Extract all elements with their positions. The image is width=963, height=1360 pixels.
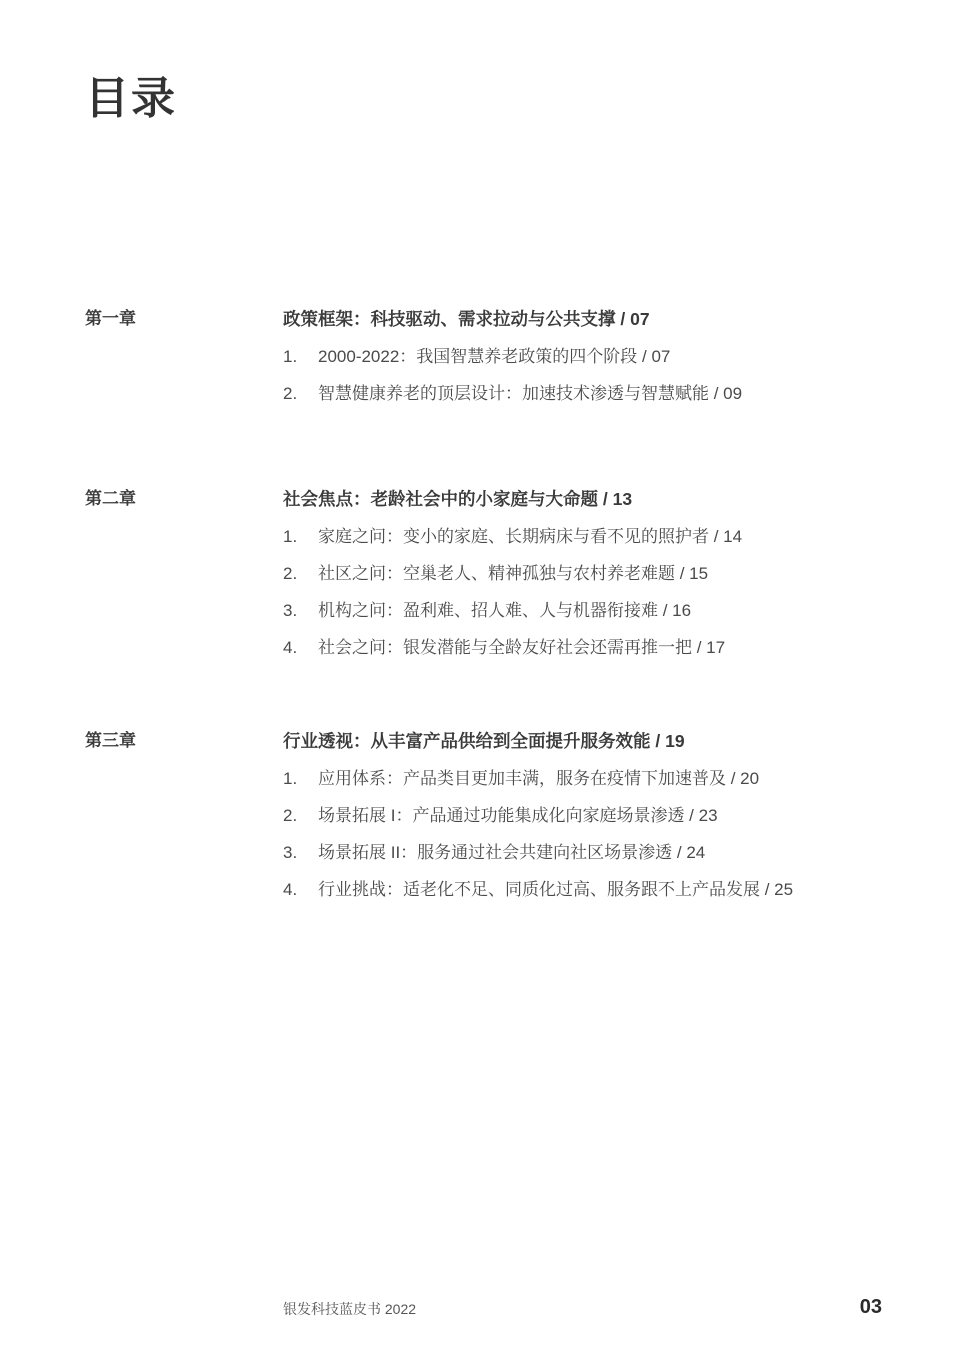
footer-document-title: 银发科技蓝皮书 2022 [283,1299,416,1319]
toc-item-text: 场景拓展 II：服务通过社会共建向社区场景渗透 / 24 [318,840,905,865]
chapter-3-title: 行业透视：从丰富产品供给到全面提升服务效能 / 19 [283,728,905,754]
toc-item-number: 4. [283,635,318,660]
toc-item-text: 场景拓展 I：产品通过功能集成化向家庭场景渗透 / 23 [318,803,905,828]
chapter-1-label: 第一章 [85,306,283,332]
chapter-2-title: 社会焦点：老龄社会中的小家庭与大命题 / 13 [283,486,905,512]
toc-item-number: 3. [283,840,318,865]
toc-item: 4. 行业挑战：适老化不足、同质化过高、服务跟不上产品发展 / 25 [283,877,905,902]
toc-item: 2. 社区之问：空巢老人、精神孤独与农村养老难题 / 15 [283,561,905,586]
page-footer: 银发科技蓝皮书 2022 03 [0,1296,963,1322]
chapter-1-title: 政策框架：科技驱动、需求拉动与公共支撑 / 07 [283,306,905,332]
chapter-3-label: 第三章 [85,728,283,754]
toc-item: 1. 应用体系：产品类目更加丰满，服务在疫情下加速普及 / 20 [283,766,905,791]
toc-item-text: 社会之问：银发潜能与全龄友好社会还需再推一把 / 17 [318,635,905,660]
chapter-2-section: 第二章 社会焦点：老龄社会中的小家庭与大命题 / 13 1. 家庭之问：变小的家… [85,486,905,660]
footer-page-number: 03 [860,1296,882,1319]
toc-item-number: 1. [283,524,318,549]
toc-item: 4. 社会之问：银发潜能与全龄友好社会还需再推一把 / 17 [283,635,905,660]
toc-item-number: 4. [283,877,318,902]
toc-item: 1. 家庭之问：变小的家庭、长期病床与看不见的照护者 / 14 [283,524,905,549]
toc-item-text: 家庭之问：变小的家庭、长期病床与看不见的照护者 / 14 [318,524,905,549]
toc-item: 2. 智慧健康养老的顶层设计：加速技术渗透与智慧赋能 / 09 [283,381,905,406]
toc-item-number: 1. [283,766,318,791]
toc-item-text: 社区之问：空巢老人、精神孤独与农村养老难题 / 15 [318,561,905,586]
toc-item: 3. 场景拓展 II：服务通过社会共建向社区场景渗透 / 24 [283,840,905,865]
toc-item-text: 行业挑战：适老化不足、同质化过高、服务跟不上产品发展 / 25 [318,877,905,902]
chapter-2-label: 第二章 [85,486,283,512]
toc-item-text: 智慧健康养老的顶层设计：加速技术渗透与智慧赋能 / 09 [318,381,905,406]
toc-item-text: 机构之问：盈利难、招人难、人与机器衔接难 / 16 [318,598,905,623]
chapter-3-content: 行业透视：从丰富产品供给到全面提升服务效能 / 19 1. 应用体系：产品类目更… [283,728,905,902]
toc-item: 3. 机构之问：盈利难、招人难、人与机器衔接难 / 16 [283,598,905,623]
table-of-contents: 第一章 政策框架：科技驱动、需求拉动与公共支撑 / 07 1. 2000-202… [85,306,905,902]
chapter-3-section: 第三章 行业透视：从丰富产品供给到全面提升服务效能 / 19 1. 应用体系：产… [85,728,905,902]
chapter-3-item-list: 1. 应用体系：产品类目更加丰满，服务在疫情下加速普及 / 20 2. 场景拓展… [283,766,905,902]
toc-item-number: 3. [283,598,318,623]
toc-item-number: 2. [283,561,318,586]
page-title: 目录 [85,62,177,126]
chapter-1-item-list: 1. 2000-2022：我国智慧养老政策的四个阶段 / 07 2. 智慧健康养… [283,344,905,406]
chapter-2-content: 社会焦点：老龄社会中的小家庭与大命题 / 13 1. 家庭之问：变小的家庭、长期… [283,486,905,660]
chapter-2-item-list: 1. 家庭之问：变小的家庭、长期病床与看不见的照护者 / 14 2. 社区之问：… [283,524,905,660]
toc-item: 2. 场景拓展 I：产品通过功能集成化向家庭场景渗透 / 23 [283,803,905,828]
chapter-1-content: 政策框架：科技驱动、需求拉动与公共支撑 / 07 1. 2000-2022：我国… [283,306,905,406]
toc-item-number: 1. [283,344,318,369]
toc-item-text: 2000-2022：我国智慧养老政策的四个阶段 / 07 [318,344,905,369]
toc-item-text: 应用体系：产品类目更加丰满，服务在疫情下加速普及 / 20 [318,766,905,791]
toc-item: 1. 2000-2022：我国智慧养老政策的四个阶段 / 07 [283,344,905,369]
toc-item-number: 2. [283,803,318,828]
toc-item-number: 2. [283,381,318,406]
chapter-1-section: 第一章 政策框架：科技驱动、需求拉动与公共支撑 / 07 1. 2000-202… [85,306,905,406]
toc-page: { "title": "目录", "chapters": [ { "label"… [0,0,963,1360]
